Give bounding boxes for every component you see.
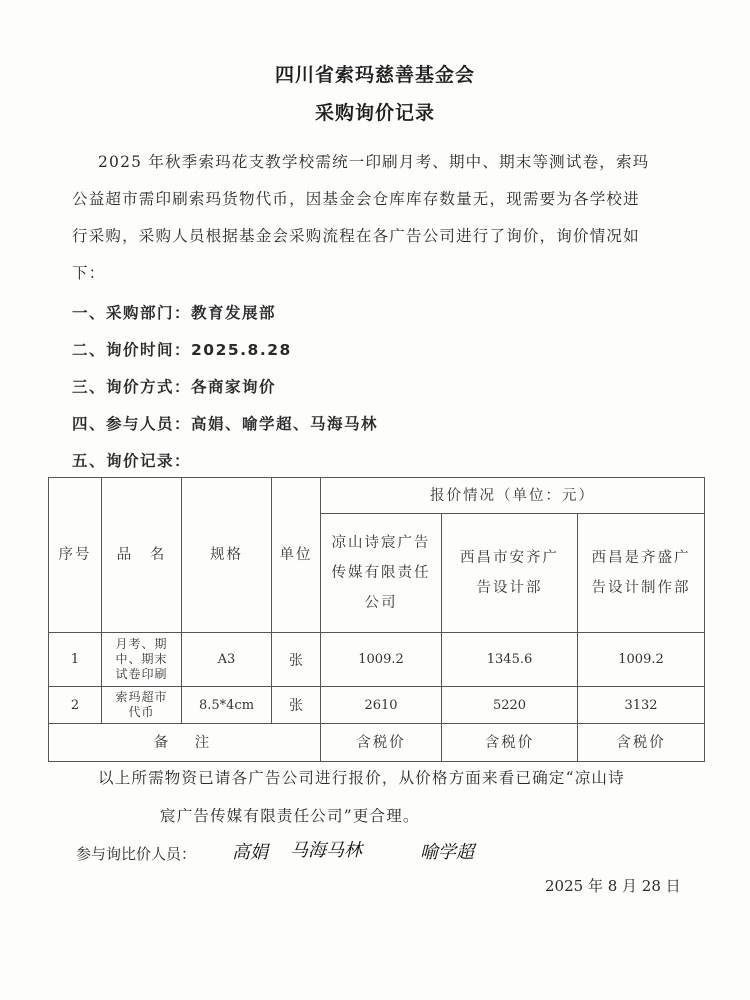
table-row: 1 月考、期 中、期末 试卷印刷 A3 张 1009.2 1345.6 1009… xyxy=(49,633,705,687)
row-spec: A3 xyxy=(182,633,272,687)
header-quote-group: 报价情况（单位：元） xyxy=(321,478,705,514)
document-date: 2025 年 8 月 28 日 xyxy=(545,875,681,896)
vendor-3-line: 西昌是齐盛广 xyxy=(578,543,704,573)
item-label: 五、询价记录： xyxy=(72,452,191,470)
row-seq: 1 xyxy=(49,633,102,687)
item-label: 四、参与人员： xyxy=(72,415,191,433)
row-unit: 张 xyxy=(272,633,321,687)
vendor-3-line: 告设计制作部 xyxy=(578,573,704,603)
row-unit: 张 xyxy=(272,687,321,724)
vendor-1-line: 凉山诗宸广告 xyxy=(321,528,441,558)
row-name: 月考、期 中、期末 试卷印刷 xyxy=(102,633,182,687)
intro-line-4: 下： xyxy=(72,255,692,292)
row-price-vendor-1: 2610 xyxy=(321,687,442,724)
quote-table: 序号 品 名 规格 单位 报价情况（单位：元） 凉山诗宸广告 传媒有限责任 公司… xyxy=(48,477,705,762)
row-seq: 2 xyxy=(49,687,102,724)
header-unit: 单位 xyxy=(272,478,321,633)
row-price-vendor-2: 1345.6 xyxy=(442,633,578,687)
row-spec: 8.5*4cm xyxy=(182,687,272,724)
header-vendor-2: 西昌市安齐广 告设计部 xyxy=(442,514,578,633)
remark-label: 备 注 xyxy=(49,724,321,762)
remark-row: 备 注 含税价 含税价 含税价 xyxy=(49,724,705,762)
item-label: 二、询价时间： xyxy=(72,341,191,359)
org-title: 四川省索玛慈善基金会 xyxy=(0,60,750,87)
vendor-2-line: 西昌市安齐广 xyxy=(442,543,577,573)
item-label: 一、采购部门： xyxy=(72,304,191,322)
signature-1: 高娟 xyxy=(232,838,268,864)
item-value: 2025.8.28 xyxy=(191,341,292,359)
row-price-vendor-3: 1009.2 xyxy=(578,633,705,687)
vendor-1-line: 公司 xyxy=(321,588,441,618)
signature-2: 马海马林 xyxy=(290,836,362,862)
header-vendor-3: 西昌是齐盛广 告设计制作部 xyxy=(578,514,705,633)
signatures-label: 参与询比价人员： xyxy=(76,843,196,864)
vendor-1-line: 传媒有限责任 xyxy=(321,558,441,588)
row-price-vendor-3: 3132 xyxy=(578,687,705,724)
row-price-vendor-1: 1009.2 xyxy=(321,633,442,687)
conclusion-line-1: 以上所需物资已请各广告公司进行报价，从价格方面来看已确定“凉山诗 xyxy=(98,766,625,788)
item-participants: 四、参与人员：高娟、喻学超、马海马林 xyxy=(72,412,378,434)
remark-vendor-1: 含税价 xyxy=(321,724,442,762)
doc-title: 采购询价记录 xyxy=(0,98,750,125)
header-spec: 规格 xyxy=(182,478,272,633)
item-label: 三、询价方式： xyxy=(72,378,191,396)
item-inquiry-method: 三、询价方式：各商家询价 xyxy=(72,375,276,397)
item-value: 高娟、喻学超、马海马林 xyxy=(191,415,378,433)
row-price-vendor-2: 5220 xyxy=(442,687,578,724)
item-inquiry-records: 五、询价记录： xyxy=(72,449,191,471)
header-vendor-1: 凉山诗宸广告 传媒有限责任 公司 xyxy=(321,514,442,633)
intro-line-2: 公益超市需印刷索玛货物代币，因基金会仓库库存数量无，现需要为各学校进 xyxy=(72,181,692,218)
conclusion-line-2: 宸广告传媒有限责任公司”更合理。 xyxy=(160,804,420,826)
item-value: 教育发展部 xyxy=(191,304,276,322)
item-department: 一、采购部门：教育发展部 xyxy=(72,301,276,323)
row-name-line: 代币 xyxy=(102,705,181,720)
row-name-line: 索玛超市 xyxy=(102,690,181,705)
row-name-line: 月考、期 xyxy=(102,637,181,652)
item-value: 各商家询价 xyxy=(191,378,276,396)
row-name-line: 试卷印刷 xyxy=(102,667,181,682)
remark-vendor-2: 含税价 xyxy=(442,724,578,762)
table-row: 2 索玛超市 代币 8.5*4cm 张 2610 5220 3132 xyxy=(49,687,705,724)
intro-line-1: 2025 年秋季索玛花支教学校需统一印刷月考、期中、期末等测试卷，索玛 xyxy=(98,144,698,181)
header-name: 品 名 xyxy=(102,478,182,633)
remark-vendor-3: 含税价 xyxy=(578,724,705,762)
row-name: 索玛超市 代币 xyxy=(102,687,182,724)
vendor-2-line: 告设计部 xyxy=(442,573,577,603)
header-seq: 序号 xyxy=(49,478,102,633)
item-inquiry-time: 二、询价时间：2025.8.28 xyxy=(72,338,292,360)
row-name-line: 中、期末 xyxy=(102,652,181,667)
intro-line-3: 行采购，采购人员根据基金会采购流程在各广告公司进行了询价，询价情况如 xyxy=(72,218,692,255)
signature-3: 喻学超 xyxy=(420,838,474,864)
